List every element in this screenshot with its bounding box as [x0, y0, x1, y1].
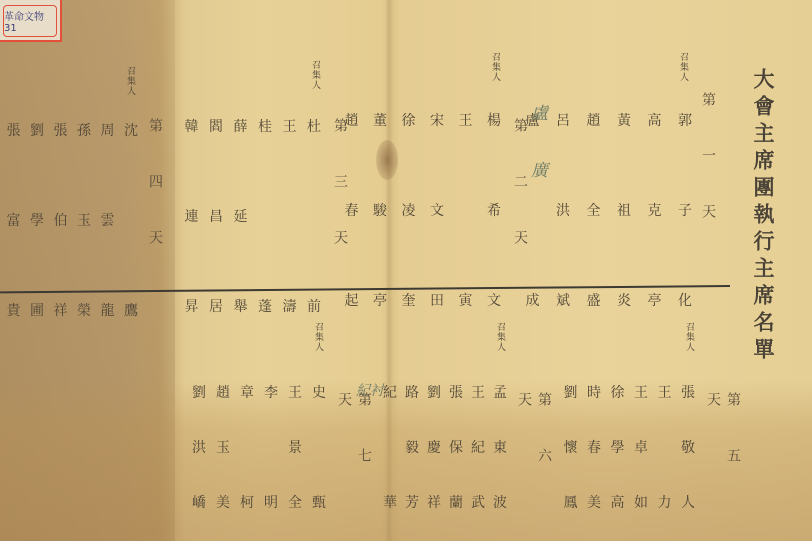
paper-fold [385, 0, 393, 541]
archive-stamp: 革命文物 31 [0, 0, 62, 42]
archive-stamp-label: 革命文物 31 [3, 5, 57, 37]
day-label: 第二天 [510, 118, 530, 286]
water-stain [0, 380, 812, 541]
ink-spot [376, 140, 398, 180]
day-label: 第五天 [703, 392, 743, 541]
convener-label: 召集人 [677, 52, 690, 82]
day-label: 第四天 [145, 118, 165, 286]
day-label: 第一天 [698, 92, 718, 260]
convener-label: 召集人 [494, 322, 507, 352]
convener-label: 召集人 [683, 322, 696, 352]
day-label: 第七天 [334, 392, 374, 541]
convener-label: 召集人 [124, 66, 137, 96]
convener-label: 召集人 [489, 52, 502, 82]
convener-label: 召集人 [312, 322, 325, 352]
document-title: 大會主席團執行主席名單 [748, 68, 778, 365]
day-label: 第三天 [330, 118, 350, 286]
day-label: 第六天 [514, 392, 554, 541]
convener-label: 召集人 [309, 60, 322, 90]
